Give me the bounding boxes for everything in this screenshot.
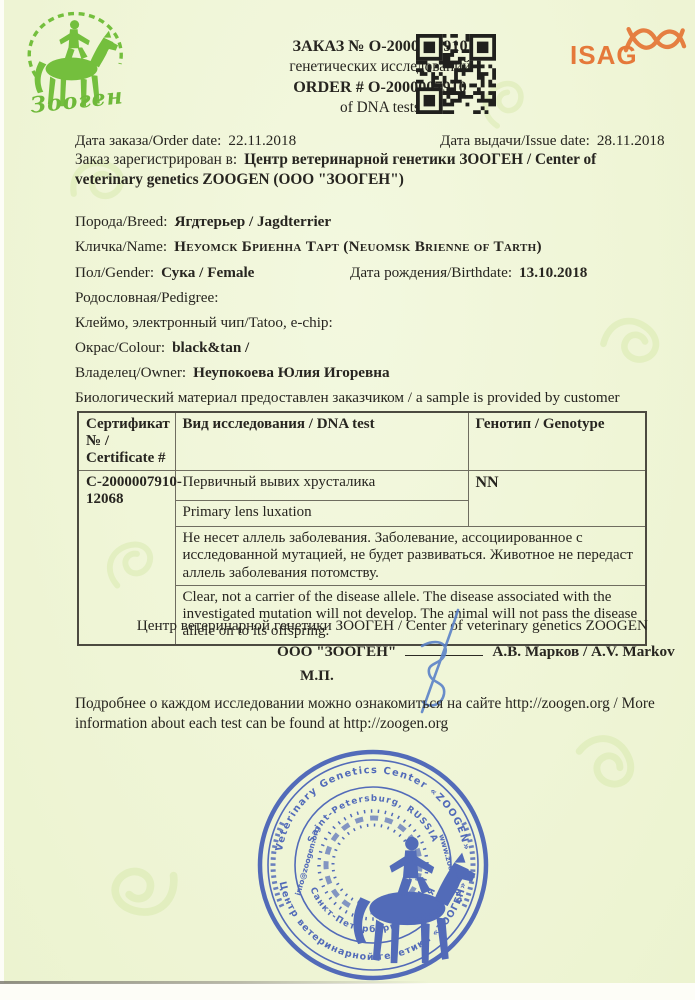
qr-code-icon: [416, 34, 496, 114]
stamp-email-text: info@zoogen.org: [293, 825, 321, 896]
table-header-row: Сертификат № / Certificate # Вид исследо…: [78, 412, 646, 471]
seal-mark: М.П.: [300, 667, 334, 685]
genotype-value: NN: [468, 471, 646, 527]
gender-label: Пол/Gender:: [75, 264, 154, 281]
registration-label: Заказ зарегистрирован в:: [75, 151, 237, 168]
pedigree-label: Родословная/Pedigree:: [75, 289, 218, 306]
birthdate-label: Дата рождения/Birthdate:: [350, 264, 512, 281]
order-date-value: 22.11.2018: [228, 132, 296, 149]
colour-label: Окрас/Colour:: [75, 339, 165, 356]
name-label: Кличка/Name:: [75, 238, 167, 255]
owner-label: Владелец/Owner:: [75, 364, 186, 381]
col-certificate-header: Сертификат № / Certificate #: [78, 412, 175, 471]
col-genotype-header: Генотип / Genotype: [468, 412, 646, 471]
field-colour: Окрас/Colour:black&tan /: [75, 339, 249, 357]
field-gender: Пол/Gender:Сука / Female Дата рождения/B…: [75, 264, 254, 282]
order-date-label: Дата заказа/Order date:: [75, 132, 221, 149]
field-breed: Порода/Breed:Ягдтерьер / Jagdterrier: [75, 213, 331, 231]
issue-date-value: 28.11.2018: [597, 132, 665, 149]
tatoo-label: Клеймо, электронный чип/Tatoo, e-chip:: [75, 314, 333, 331]
center-organization-line: Центр ветеринарной генетики ЗООГЕН / Cen…: [85, 617, 648, 635]
isag-dna-glyph-icon: [622, 12, 688, 66]
breed-label: Порода/Breed:: [75, 213, 167, 230]
registration-paragraph: Заказ зарегистрирован в:Центр ветеринарн…: [75, 150, 649, 189]
field-name: Кличка/Name:Неуомск Бриенна Тарт (Neuoms…: [75, 238, 542, 256]
signer-name: А.В. Марков / A.V. Markov: [492, 643, 674, 661]
col-test-header: Вид исследования / DNA test: [175, 412, 468, 471]
breed-value: Ягдтерьер / Jagdterrier: [174, 213, 331, 230]
gender-value: Сука / Female: [161, 264, 254, 281]
sample-note: Биологический материал предоставлен зака…: [75, 389, 620, 407]
issue-date-line: Дата выдачи/Issue date:28.11.2018: [440, 132, 665, 150]
footer-note: Подробнее о каждом исследовании можно оз…: [75, 694, 659, 733]
name-value: Неуомск Бриенна Тарт (Neuomsk Brienne of…: [174, 238, 542, 255]
order-date-line: Дата заказа/Order date:22.11.2018: [75, 132, 296, 150]
test-name-en: Primary lens luxation: [175, 501, 468, 527]
field-birthdate: Дата рождения/Birthdate:13.10.2018: [350, 264, 587, 282]
owner-value: Неупокоева Юлия Игоревна: [193, 364, 389, 381]
table-row: С-2000007910-12068 Первичный вывих хруст…: [78, 471, 646, 501]
page-edge-shadow: [0, 981, 430, 984]
field-pedigree: Родословная/Pedigree:: [75, 289, 225, 307]
birthdate-value: 13.10.2018: [519, 264, 587, 281]
colour-value: black&tan /: [172, 339, 249, 356]
result-description-ru: Не несет аллель заболевания. Заболевание…: [175, 527, 646, 586]
test-name-ru: Первичный вывих хрусталика: [175, 471, 468, 501]
org-name: ООО "ЗООГЕН": [277, 643, 396, 661]
field-tatoo: Клеймо, электронный чип/Tatoo, e-chip:: [75, 314, 340, 332]
results-table: Сертификат № / Certificate # Вид исследо…: [77, 411, 647, 646]
issue-date-label: Дата выдачи/Issue date:: [440, 132, 590, 149]
round-blue-stamp-icon: Veterinary Genetics Center «ZOOGEN» Цент…: [252, 744, 494, 986]
field-owner: Владелец/Owner:Неупокоева Юлия Игоревна: [75, 364, 390, 382]
certificate-page: Зооген ЗАКАЗ № О-2000007910 генетических…: [0, 0, 695, 1000]
